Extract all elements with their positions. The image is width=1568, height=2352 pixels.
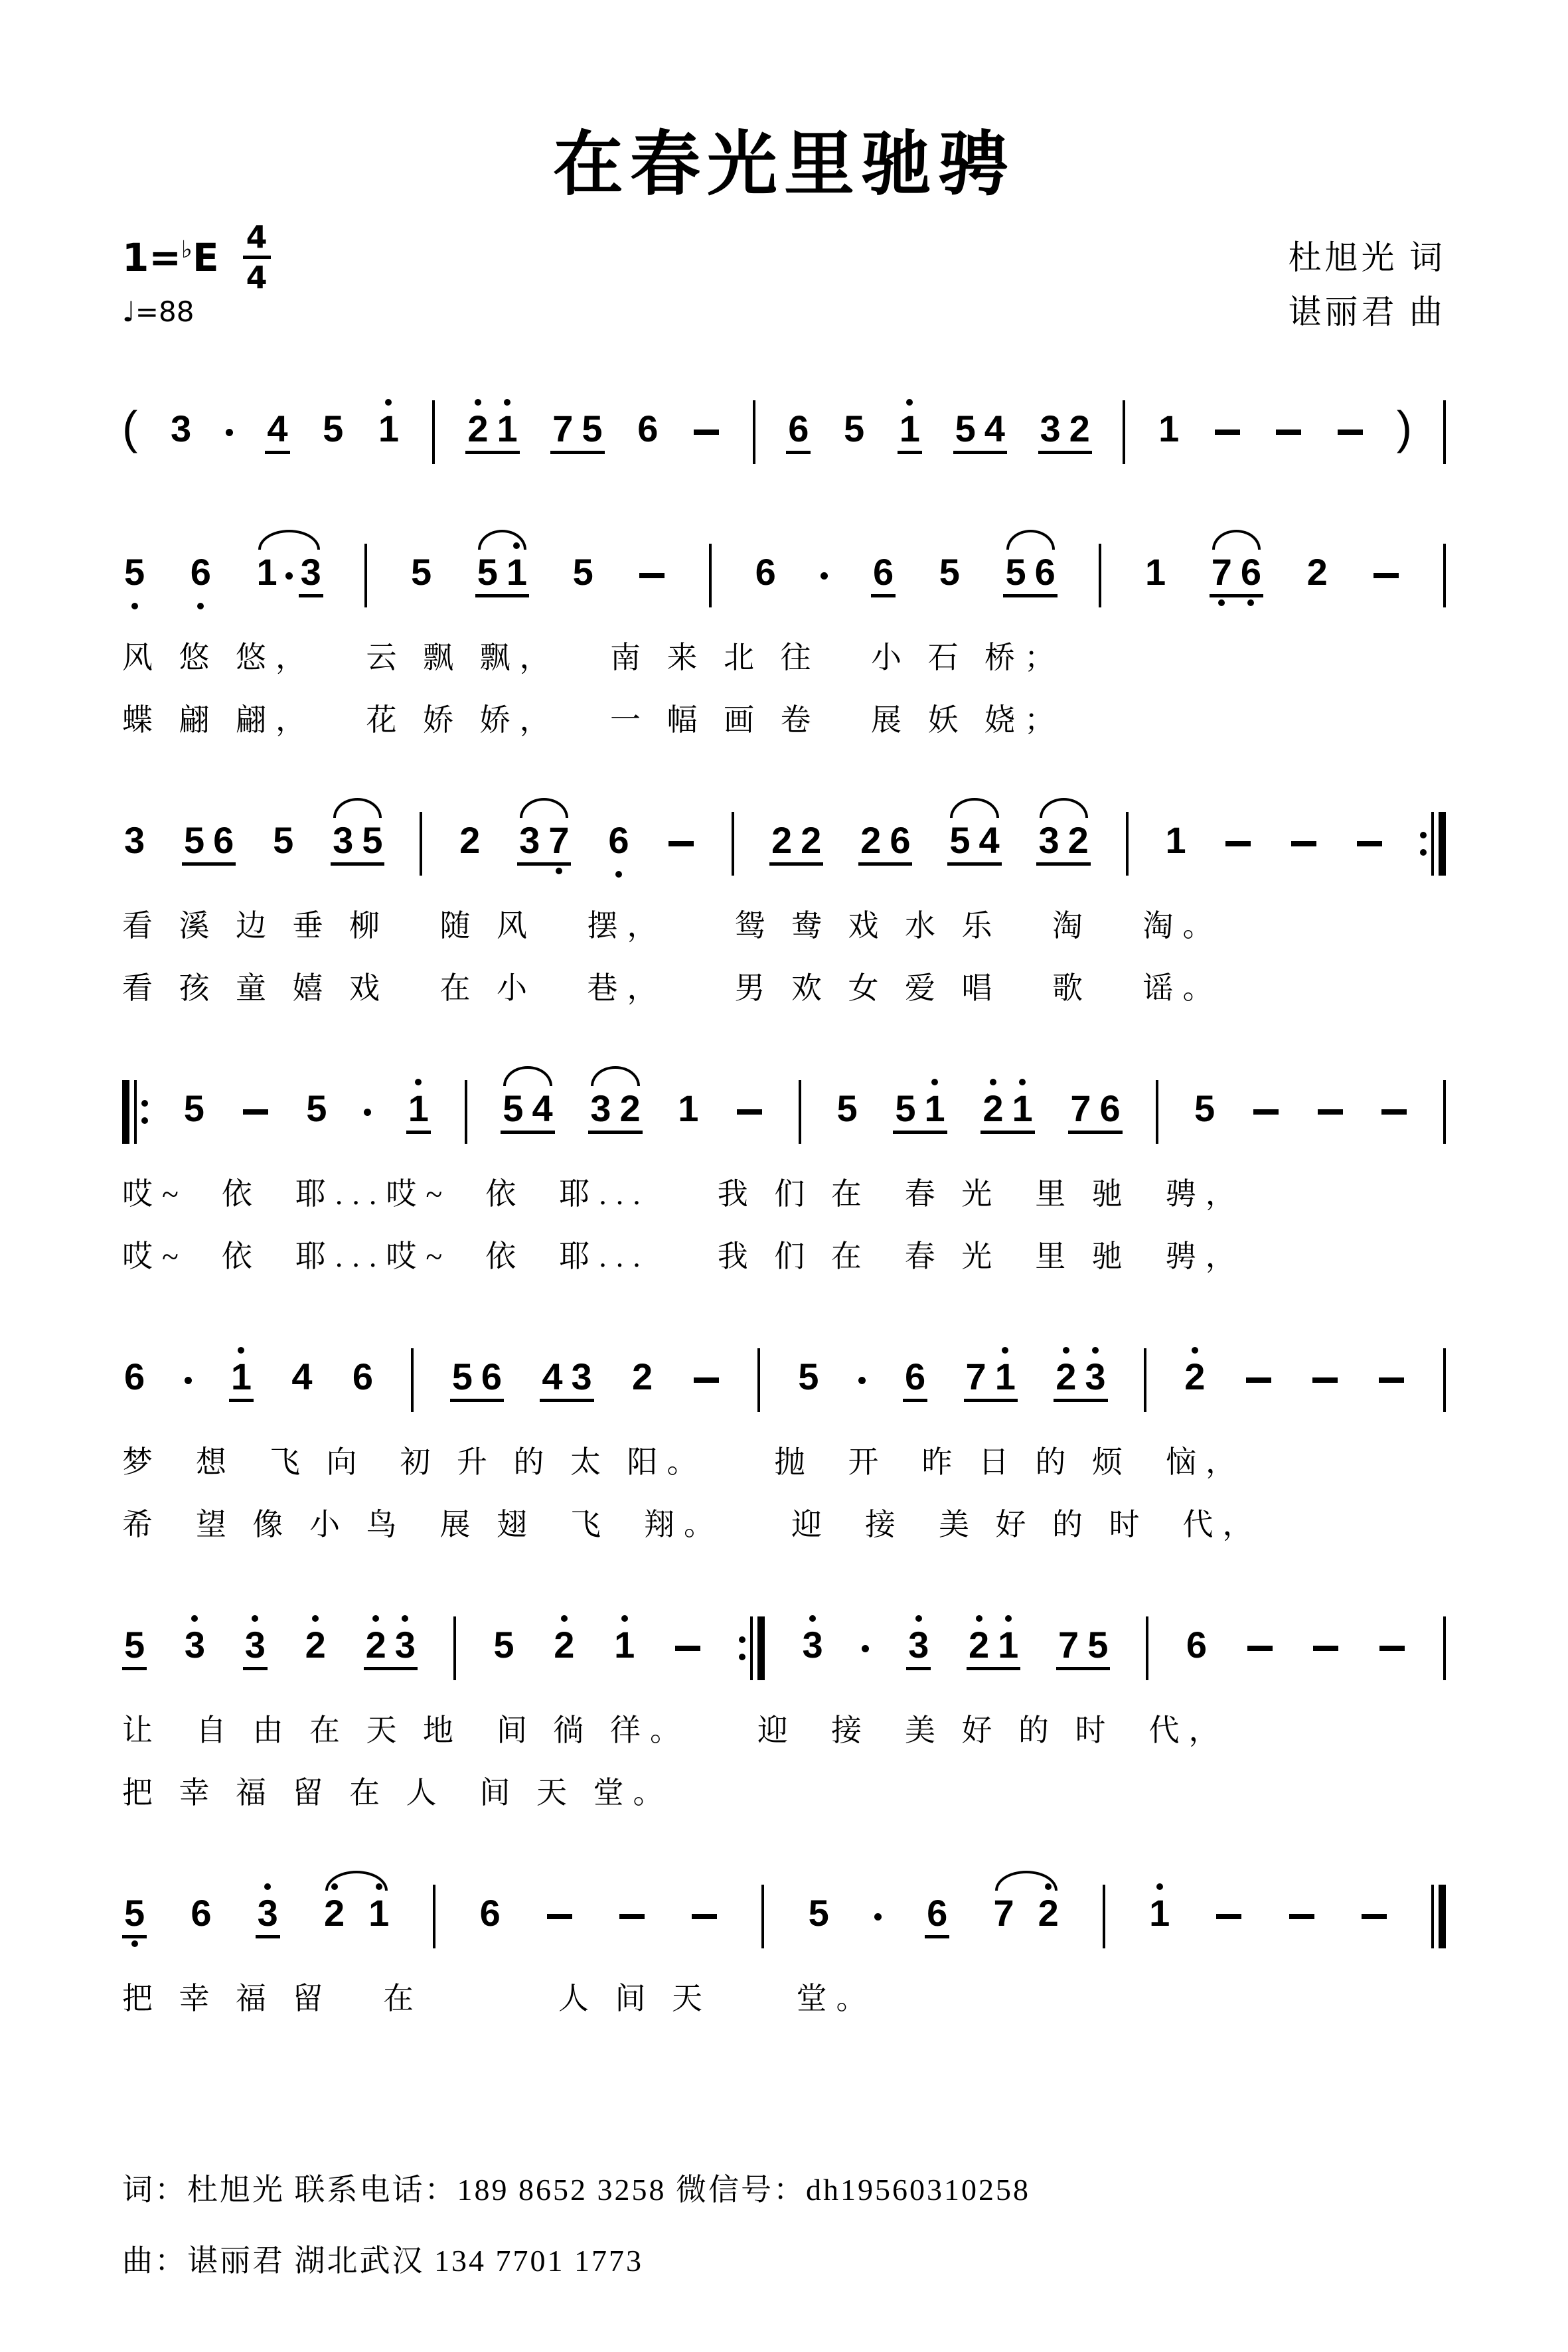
beam-group: 5	[321, 410, 345, 454]
slur-group: 54	[501, 1090, 554, 1134]
slur-group: 21	[322, 1895, 391, 1938]
note: 3	[517, 822, 542, 862]
note: 2	[1066, 822, 1091, 862]
note: 6	[925, 1895, 949, 1938]
lyric-line: 把 幸 福 留 在 人 间 天 堂。	[0, 1979, 1568, 2019]
note: 5	[571, 554, 595, 597]
lyric-line: 哎~ 依 耶...哎~ 依 耶... 我 们 在 春 光 里 驰 骋，	[0, 1237, 1568, 1277]
octave-dot-high	[976, 1615, 982, 1622]
header-row-1: 1=♭E 4 4 杜旭光 词	[0, 222, 1568, 293]
dash	[1381, 1109, 1407, 1115]
note: 1	[1010, 1090, 1035, 1131]
beam-group: 6	[635, 410, 660, 454]
note: 1	[898, 410, 922, 454]
beam-group: 5	[1192, 1090, 1217, 1134]
note: 3	[122, 822, 147, 866]
lyric-line: 把 幸 福 留 在 人 间 天 堂。	[0, 1773, 1568, 1813]
note-group: 51	[893, 1090, 947, 1134]
footer-composer-contact: 曲：谌丽君 湖北武汉 134 7701 1773	[0, 2242, 1568, 2279]
note: 6	[351, 1358, 375, 1402]
footer-lyricist-contact: 词：杜旭光 联系电话：189 8652 3258 微信号：dh195603102…	[0, 2171, 1568, 2208]
augmentation-dot	[364, 1109, 371, 1116]
note: 4	[977, 822, 1001, 862]
note-group: 5	[1192, 1090, 1217, 1134]
barline	[761, 1885, 764, 1948]
beam-group: 1	[898, 410, 922, 454]
note-group: 23	[364, 1626, 418, 1670]
note-group: 4	[265, 410, 289, 454]
octave-dot-high	[475, 399, 481, 406]
note: 5	[580, 410, 604, 451]
octave-dot-high	[1002, 1347, 1008, 1354]
note-group: 71	[964, 1358, 1018, 1402]
note-group: 6	[786, 410, 811, 454]
paren: )	[1397, 404, 1412, 460]
note-group: 75	[1056, 1626, 1110, 1670]
dash	[1246, 1377, 1271, 1383]
beam-group: 2	[1182, 1358, 1207, 1402]
octave-dot-high	[191, 1615, 198, 1622]
repeat-dots	[141, 1080, 148, 1144]
note: 3	[570, 1358, 594, 1399]
octave-dot-high	[331, 1883, 338, 1890]
note: 2	[1305, 554, 1330, 597]
octave-dot-low	[1218, 599, 1225, 606]
octave-dot-high	[264, 1883, 271, 1890]
note-group: 1	[898, 410, 922, 454]
note-group: 1	[229, 1358, 254, 1402]
octave-dot-high	[1045, 1883, 1052, 1890]
note: 2	[1067, 410, 1092, 451]
octave-dot-high	[252, 1615, 258, 1622]
dash	[1357, 841, 1382, 846]
note: 4	[265, 410, 289, 454]
note: 2	[465, 410, 490, 451]
beam-group: 6	[351, 1358, 375, 1402]
barline	[1443, 1616, 1446, 1680]
barline	[757, 1348, 760, 1412]
note: 4	[289, 1358, 314, 1402]
repeat-end	[739, 1616, 765, 1680]
note-group: 6	[925, 1895, 949, 1938]
note: 6	[786, 410, 811, 454]
note: 1	[1156, 410, 1181, 454]
key-prefix: 1=	[122, 235, 181, 280]
octave-dot-high	[1063, 1347, 1069, 1354]
beam-group: 5	[122, 554, 147, 597]
octave-dot-low	[197, 603, 204, 609]
note: 5	[182, 822, 206, 862]
repeat-end	[1420, 812, 1446, 876]
barline	[465, 1080, 467, 1144]
note-group: 22	[769, 822, 823, 866]
augmentation-dot	[821, 572, 828, 580]
note: 2	[1182, 1358, 1207, 1402]
note-group: 5	[491, 1626, 516, 1670]
barline	[364, 544, 367, 607]
octave-dot-high	[504, 399, 510, 406]
note: 1	[676, 1090, 700, 1134]
beam-group: 32	[1036, 822, 1090, 866]
meter-numerator: 4	[246, 222, 268, 252]
note-group: 6	[189, 1895, 213, 1938]
octave-dot-high	[1192, 1347, 1198, 1354]
note-group: 1	[612, 1626, 637, 1670]
note: 3	[906, 1626, 931, 1670]
note-group: 6	[122, 1358, 147, 1402]
dash	[243, 1109, 268, 1115]
beam-group: 21	[980, 1090, 1034, 1134]
note: 5	[893, 1090, 917, 1131]
beam-group: 6	[753, 554, 778, 597]
note: 2	[457, 822, 482, 866]
note-group: 1	[1143, 554, 1168, 597]
beam-group: 23	[364, 1626, 418, 1670]
note: 1	[376, 410, 401, 454]
beam-group: 43	[540, 1358, 593, 1402]
barline	[1103, 1885, 1105, 1948]
note: 3	[1083, 1358, 1107, 1399]
note: 7	[964, 1358, 988, 1399]
note: 6	[903, 1358, 927, 1402]
barline	[753, 400, 755, 464]
note-group: 76	[1068, 1090, 1122, 1134]
octave-dot-high	[385, 399, 392, 406]
octave-dot-low	[131, 1940, 138, 1947]
song-title: 在春光里驰骋	[0, 0, 1568, 207]
dash	[668, 841, 694, 846]
dash	[694, 430, 719, 435]
beam-group: 56	[1003, 554, 1057, 597]
note: 5	[1085, 1626, 1110, 1667]
slur-group: 72	[991, 1895, 1060, 1938]
note-group: 26	[858, 822, 912, 866]
beam-group: 2	[552, 1626, 576, 1670]
note: 1	[229, 1358, 254, 1402]
note: 5	[947, 822, 972, 862]
note: 3	[800, 1626, 824, 1670]
note: 3	[299, 554, 323, 597]
note-group: 3	[122, 822, 147, 866]
note: 2	[303, 1626, 328, 1670]
dash	[1289, 1914, 1314, 1919]
beam-group: 6	[903, 1358, 927, 1402]
beam-group: 2	[630, 1358, 655, 1402]
beam-group: 6	[871, 554, 896, 597]
dash	[737, 1109, 762, 1115]
dash	[675, 1646, 700, 1651]
note-group: 43	[540, 1358, 593, 1402]
note-group: 6	[635, 410, 660, 454]
note: 2	[364, 1626, 388, 1667]
beam-group: 3	[243, 1626, 268, 1670]
note-group: 1	[406, 1090, 431, 1134]
beam-group: 75	[1056, 1626, 1110, 1670]
note-group: 32	[1038, 410, 1092, 454]
note: 2	[552, 1626, 576, 1670]
note-group: 54	[953, 410, 1007, 454]
note-group: 5	[807, 1895, 831, 1938]
note-group: 75	[550, 410, 604, 454]
note: 6	[1033, 554, 1058, 594]
note: 3	[183, 1626, 207, 1670]
note: 3	[331, 822, 355, 862]
note: 5	[182, 1090, 206, 1134]
note-group: 5	[304, 1090, 329, 1134]
beam-group: 21	[465, 410, 519, 454]
barline	[432, 400, 435, 464]
note: 6	[753, 554, 778, 597]
dash	[1313, 1646, 1338, 1651]
beam-group: 1	[229, 1358, 254, 1402]
note-group: 2	[457, 822, 482, 866]
note: 3	[169, 410, 193, 454]
barline	[1443, 544, 1446, 607]
note: 6	[211, 822, 236, 862]
note: 6	[1239, 554, 1263, 594]
notation-line: (34512175665154321)	[0, 392, 1568, 472]
lyric-line: 看 孩 童 嬉 戏 在 小 巷， 男 欢 女 爱 唱 歌 谣。	[0, 969, 1568, 1008]
dash	[1276, 430, 1301, 435]
barline	[411, 1348, 414, 1412]
beam-group: 6	[606, 822, 631, 866]
flat-sign: ♭	[181, 236, 193, 264]
note-group: 6	[351, 1358, 375, 1402]
note: 6	[1184, 1626, 1209, 1670]
note: 5	[835, 1090, 860, 1134]
barline	[1156, 1080, 1158, 1144]
beam-group: 5	[182, 1090, 206, 1134]
lyric-line: 希 望 像 小 鸟 展 翅 飞 翔。 迎 接 美 好 的 时 代，	[0, 1505, 1568, 1545]
beam-group: 4	[289, 1358, 314, 1402]
note: 1	[1147, 1895, 1172, 1938]
beam-group: 56	[450, 1358, 504, 1402]
note: 5	[409, 554, 433, 597]
beam-group: 6	[478, 1895, 503, 1938]
notation-line: 6146564325671232	[0, 1340, 1568, 1420]
note: 5	[475, 554, 500, 594]
dash	[1362, 1914, 1387, 1919]
beam-group: 3	[169, 410, 193, 454]
beam-group: 1	[1163, 822, 1188, 866]
augmentation-dot	[874, 1913, 882, 1921]
note-group: 6	[1184, 1626, 1209, 1670]
note-group: 6	[606, 822, 631, 866]
octave-dot-high	[372, 1615, 379, 1622]
beam-group: 6	[925, 1895, 949, 1938]
beam-group: 32	[588, 1090, 642, 1134]
meter-denominator: 4	[246, 262, 268, 293]
dash	[1379, 1377, 1404, 1383]
beam-group: 6	[189, 554, 213, 597]
beam-group: 21	[322, 1895, 391, 1938]
note: 5	[304, 1090, 329, 1134]
note-group: 56	[450, 1358, 504, 1402]
notation-line: 56135515665561762	[0, 536, 1568, 615]
octave-dot-high	[402, 1615, 408, 1622]
note: 7	[546, 822, 571, 862]
lyricist-credit: 杜旭光 词	[1289, 241, 1447, 274]
barline	[1443, 1348, 1446, 1412]
note-group: 2	[552, 1626, 576, 1670]
note: 3	[256, 1895, 280, 1938]
dash	[1338, 430, 1363, 435]
note-group: 5	[182, 1090, 206, 1134]
note-group: 1	[376, 410, 401, 454]
note: 1	[923, 1090, 947, 1131]
paren: (	[122, 404, 137, 460]
beam-group: 3	[800, 1626, 824, 1670]
lyric-line: 哎~ 依 耶...哎~ 依 耶... 我 们 在 春 光 里 驰 骋，	[0, 1174, 1568, 1214]
note: 6	[1098, 1090, 1123, 1131]
note-group: 56	[182, 822, 236, 866]
note-group: 2	[630, 1358, 655, 1402]
note-group: 5	[122, 1895, 147, 1938]
note: 1	[505, 554, 529, 594]
note: 6	[871, 554, 896, 597]
note-group: 3	[183, 1626, 207, 1670]
note-group: 5	[122, 1626, 147, 1670]
beam-group: 1	[406, 1090, 431, 1134]
slur-group: 13	[255, 554, 323, 597]
note: 5	[937, 554, 962, 597]
beam-group: 6	[122, 1358, 147, 1402]
note-group: 6	[753, 554, 778, 597]
beam-group: 71	[964, 1358, 1018, 1402]
note: 6	[635, 410, 660, 454]
beam-group: 2	[457, 822, 482, 866]
octave-dot-high	[1005, 1615, 1012, 1622]
notation-line: 56321656721	[0, 1877, 1568, 1956]
notation-line: 5515432155121765	[0, 1072, 1568, 1152]
note-group: 6	[478, 1895, 503, 1938]
dash	[1291, 841, 1316, 846]
slur-group: 51	[475, 554, 529, 597]
time-signature: 4 4	[243, 222, 271, 293]
barline	[1443, 1080, 1446, 1144]
note: 3	[588, 1090, 613, 1131]
note: 7	[1068, 1090, 1093, 1131]
beam-group: 3	[183, 1626, 207, 1670]
octave-dot-high	[1156, 1883, 1163, 1890]
barline	[799, 1080, 801, 1144]
augmentation-dot	[858, 1377, 866, 1384]
beam-group: 37	[517, 822, 571, 866]
note: 2	[322, 1895, 347, 1938]
note: 2	[967, 1626, 991, 1667]
sheet-music-page: 在春光里驰骋 1=♭E 4 4 杜旭光 词 ♩=88 谌丽君 曲 (345121…	[0, 0, 1568, 2352]
slur-group: 37	[517, 822, 571, 866]
dash	[1216, 1914, 1241, 1919]
note-group: 6	[903, 1358, 927, 1402]
beam-group: 54	[953, 410, 1007, 454]
note: 5	[122, 1895, 147, 1938]
note: 1	[406, 1090, 431, 1134]
note-group: 5	[835, 1090, 860, 1134]
note: 2	[799, 822, 823, 862]
beam-group: 1	[1156, 410, 1181, 454]
lyric-line: 蝶 翩 翩， 花 娇 娇， 一 幅 画 卷 展 妖 娆；	[0, 700, 1568, 740]
beam-group: 6	[189, 1895, 213, 1938]
octave-dot-high	[376, 1883, 382, 1890]
beam-group: 5	[491, 1626, 516, 1670]
slur-group: 76	[1210, 554, 1263, 597]
barline	[1123, 400, 1125, 464]
lyric-line: 风 悠 悠， 云 飘 飘， 南 来 北 往 小 石 桥；	[0, 638, 1568, 678]
octave-dot-low	[556, 868, 562, 874]
octave-dot-high	[915, 1615, 922, 1622]
octave-dot-high	[1092, 1347, 1099, 1354]
dash	[639, 573, 665, 578]
note: 5	[122, 554, 147, 597]
note-group: 2	[1182, 1358, 1207, 1402]
note: 6	[478, 1895, 503, 1938]
barline	[453, 1616, 456, 1680]
note-group: 5	[321, 410, 345, 454]
note-group: 2	[303, 1626, 328, 1670]
barline	[420, 812, 422, 876]
beam-group: 1	[612, 1626, 637, 1670]
octave-dot-high	[312, 1615, 319, 1622]
beam-group: 32	[1038, 410, 1092, 454]
beam-group: 13	[255, 554, 323, 597]
octave-dot-high	[513, 542, 520, 549]
beam-group: 1	[1147, 1895, 1172, 1938]
beam-group: 2	[1305, 554, 1330, 597]
beam-group: 3	[256, 1895, 280, 1938]
beam-group: 1	[376, 410, 401, 454]
note-group: 3	[800, 1626, 824, 1670]
note: 5	[501, 1090, 525, 1131]
note-group: 5	[409, 554, 433, 597]
note: 4	[540, 1358, 564, 1399]
beam-group: 5	[835, 1090, 860, 1134]
header-row-2: ♩=88 谌丽君 曲	[0, 295, 1568, 329]
octave-dot-high	[621, 1615, 628, 1622]
note: 5	[122, 1626, 147, 1670]
note-group: 5	[571, 554, 595, 597]
note: 1	[495, 410, 519, 451]
barline	[732, 812, 734, 876]
beam-group: 51	[475, 554, 529, 597]
beam-group: 1	[676, 1090, 700, 1134]
note-group: 5	[796, 1358, 821, 1402]
lyric-line: 看 溪 边 垂 柳 随 风 摆， 鸳 鸯 戏 水 乐 淘 淘。	[0, 906, 1568, 946]
note: 2	[617, 1090, 642, 1131]
key-signature: 1=♭E 4 4	[122, 222, 271, 293]
barline	[709, 544, 712, 607]
note: 1	[993, 1358, 1018, 1399]
notation-line: 3565352376222654321	[0, 804, 1568, 884]
octave-dot-low	[615, 871, 622, 878]
note: 5	[796, 1358, 821, 1402]
key-letter: E	[193, 235, 219, 280]
slur-group: 32	[1036, 822, 1090, 866]
repeat-dots	[1420, 812, 1427, 876]
dash	[692, 1914, 717, 1919]
note-group: 4	[289, 1358, 314, 1402]
note: 2	[858, 822, 883, 862]
note: 6	[888, 822, 912, 862]
beam-group: 5	[304, 1090, 329, 1134]
note: 5	[271, 822, 295, 866]
key-text: 1=♭E	[122, 238, 219, 277]
note: 5	[450, 1358, 475, 1399]
note: 6	[189, 1895, 213, 1938]
slur-group: 32	[588, 1090, 642, 1134]
note-group: 3	[256, 1895, 280, 1938]
octave-dot-high	[1019, 1079, 1026, 1085]
